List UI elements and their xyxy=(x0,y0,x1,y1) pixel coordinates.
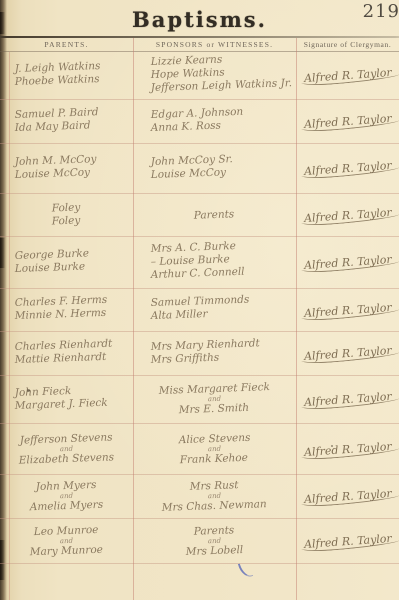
clergyman-signature: Alfred R. Taylor xyxy=(303,390,391,409)
sponsors-cell: Mrs RustandMrs Chas. Newman xyxy=(133,475,296,518)
column-header-parents: PARENTS. xyxy=(0,40,133,49)
and-word: and xyxy=(208,445,221,452)
table-row: John M. McCoyLouise McCoyJohn McCoy Sr.L… xyxy=(0,144,399,194)
sponsors-cell: Mrs Mary RienhardtMrs Griffiths xyxy=(133,332,296,375)
register-page: 219 Baptisms. PARENTS. SPONSORS or WITNE… xyxy=(0,0,399,600)
sponsors-cell: Alice StevensandFrank Kehoe xyxy=(133,424,296,474)
table-row: John FieckMargaret J. FieckMiss Margaret… xyxy=(0,376,399,424)
signature-cell: Alfred R. Taylor xyxy=(296,144,399,193)
clergyman-signature: Alfred R. Taylor xyxy=(303,159,391,178)
handwritten-name: Mrs E. Smith xyxy=(179,402,250,417)
column-divider xyxy=(133,38,134,600)
parents-cell: John MyersandAmelia Myers xyxy=(0,475,133,518)
handwritten-name: Elizabeth Stevens xyxy=(18,451,114,467)
clergyman-signature: Alfred R. Taylor xyxy=(303,344,391,363)
table-row: Leo MunroeandMary MunroeParentsandMrs Lo… xyxy=(0,519,399,564)
parents-cell: John M. McCoyLouise McCoy xyxy=(0,144,133,193)
parents-cell: Jefferson StevensandElizabeth Stevens xyxy=(0,424,133,474)
handwritten-name: Frank Kehoe xyxy=(180,451,249,466)
sponsors-cell: Lizzie KearnsHope WatkinsJefferson Leigh… xyxy=(133,52,296,99)
parents-cell: George BurkeLouise Burke xyxy=(0,237,133,288)
signature-cell: Alfred R. Taylor xyxy=(296,475,399,518)
table-row: George BurkeLouise BurkeMrs A. C. Burke–… xyxy=(0,237,399,289)
handwritten-name: Mrs Chas. Newman xyxy=(162,498,267,515)
clergyman-signature: Alfred R. Taylor xyxy=(303,487,391,506)
handwritten-name: Mary Munroe xyxy=(29,543,103,559)
table-row: Charles F. HermsMinnie N. HermsSamuel Ti… xyxy=(0,289,399,332)
sponsors-cell: John McCoy Sr.Louise McCoy xyxy=(133,144,296,193)
column-header-sponsors: SPONSORS or WITNESSES. xyxy=(133,40,296,49)
table-row: John MyersandAmelia MyersMrs RustandMrs … xyxy=(0,475,399,519)
clergyman-signature: Alfred R. Taylor xyxy=(303,253,391,272)
signature-cell: Alfred R. Taylor xyxy=(296,376,399,423)
and-word: and xyxy=(60,445,73,452)
parents-cell: Charles RienhardtMattie Rienhardt xyxy=(0,332,133,375)
sponsors-cell: Miss Margaret FieckandMrs E. Smith xyxy=(133,376,296,423)
and-word: and xyxy=(60,537,73,544)
handwritten-name: Amelia Myers xyxy=(29,499,103,515)
sponsors-cell: ParentsandMrs Lobell xyxy=(133,519,296,563)
signature-cell: Alfred R. Taylor xyxy=(296,237,399,288)
handwritten-name: Minnie N. Herms xyxy=(15,306,133,323)
table-row: FoleyFoleyParentsAlfred R. Taylor xyxy=(0,194,399,237)
signature-cell: Alfred R. Taylor xyxy=(296,332,399,375)
column-divider xyxy=(296,38,297,600)
parents-cell: FoleyFoley xyxy=(0,194,133,236)
column-headers: PARENTS. SPONSORS or WITNESSES. Signatur… xyxy=(0,39,399,50)
paper-speck xyxy=(331,445,333,447)
and-word: and xyxy=(208,537,221,544)
margin-line xyxy=(9,52,10,600)
title-rule xyxy=(0,36,399,38)
handwritten-name: Parents xyxy=(194,208,235,222)
paper-speck xyxy=(27,389,30,392)
parents-cell: Samuel P. BairdIda May Baird xyxy=(0,100,133,143)
table-row: J. Leigh WatkinsPhoebe WatkinsLizzie Kea… xyxy=(0,52,399,100)
page-title: Baptisms. xyxy=(0,7,399,32)
signature-cell: Alfred R. Taylor xyxy=(296,289,399,331)
clergyman-signature: Alfred R. Taylor xyxy=(303,66,391,85)
clergyman-signature: Alfred R. Taylor xyxy=(303,531,391,550)
clergyman-signature: Alfred R. Taylor xyxy=(303,300,391,319)
sponsors-cell: Parents xyxy=(133,194,296,236)
parents-cell: John FieckMargaret J. Fieck xyxy=(0,376,133,423)
parents-cell: Leo MunroeandMary Munroe xyxy=(0,519,133,563)
sponsors-cell: Mrs A. C. Burke– Louise BurkeArthur C. C… xyxy=(133,237,296,288)
handwritten-name: Foley xyxy=(52,202,81,216)
table-row: Charles RienhardtMattie RienhardtMrs Mar… xyxy=(0,332,399,376)
baptism-records: J. Leigh WatkinsPhoebe WatkinsLizzie Kea… xyxy=(0,52,399,564)
signature-cell: Alfred R. Taylor xyxy=(296,194,399,236)
clergyman-signature: Alfred R. Taylor xyxy=(303,112,391,131)
handwritten-name: Mrs Lobell xyxy=(185,544,243,559)
column-header-signature: Signature of Clergyman. xyxy=(296,40,399,49)
handwritten-name: Foley xyxy=(52,215,81,229)
signature-cell: Alfred R. Taylor xyxy=(296,424,399,474)
parents-cell: J. Leigh WatkinsPhoebe Watkins xyxy=(0,52,133,99)
signature-cell: Alfred R. Taylor xyxy=(296,52,399,99)
clergyman-signature: Alfred R. Taylor xyxy=(303,205,391,224)
sponsors-cell: Samuel TimmondsAlta Miller xyxy=(133,289,296,331)
table-row: Jefferson StevensandElizabeth StevensAli… xyxy=(0,424,399,475)
clergyman-signature: Alfred R. Taylor xyxy=(303,439,391,458)
parents-cell: Charles F. HermsMinnie N. Herms xyxy=(0,289,133,331)
signature-cell: Alfred R. Taylor xyxy=(296,100,399,143)
sponsors-cell: Edgar A. JohnsonAnna K. Ross xyxy=(133,100,296,143)
signature-cell: Alfred R. Taylor xyxy=(296,519,399,563)
table-row: Samuel P. BairdIda May BairdEdgar A. Joh… xyxy=(0,100,399,144)
